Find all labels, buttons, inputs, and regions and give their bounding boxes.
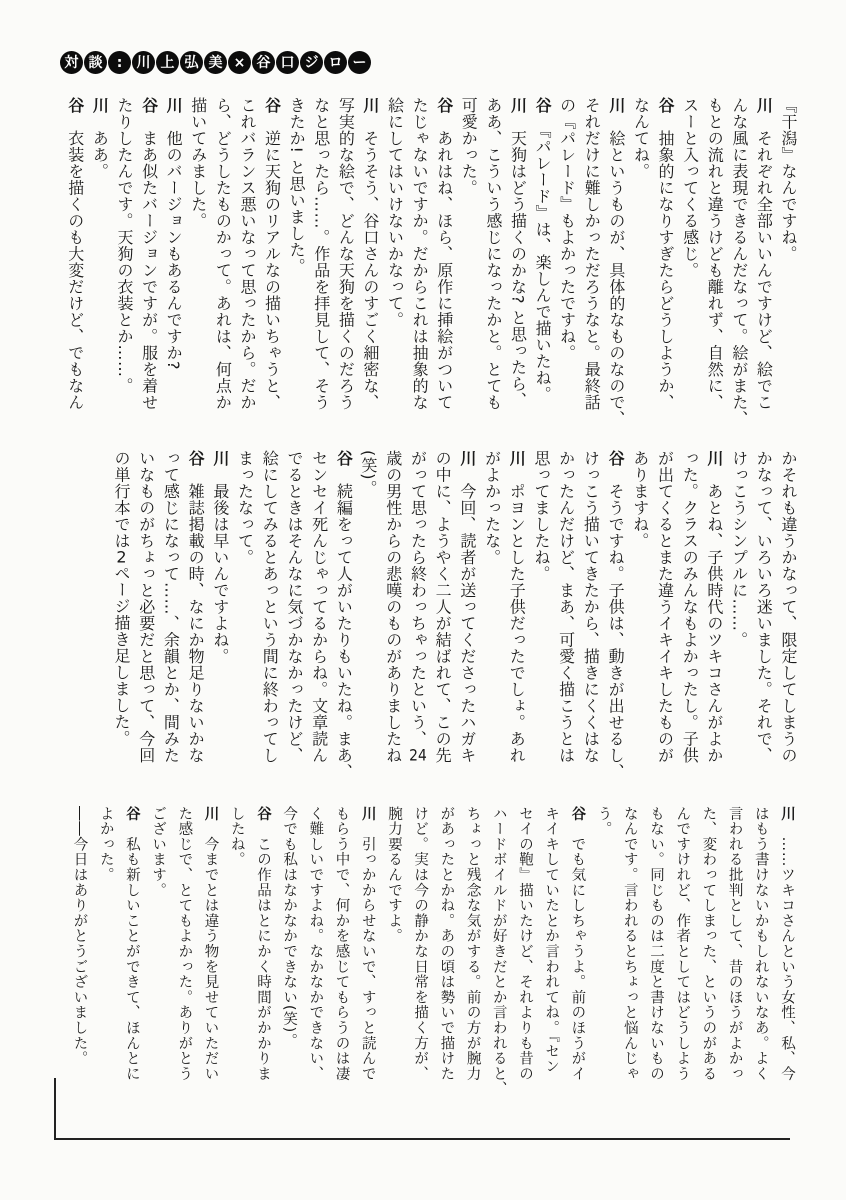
text-column: 川 それぞれ全部いいんですけど、絵でこ (751, 97, 776, 439)
title-char: 美 (204, 51, 227, 74)
speaker-label: 川 (90, 97, 109, 114)
text-column: 腕力要るんですよ。 (381, 806, 407, 1098)
text-column: それだけに難しかっただろうなと。最終話 (579, 97, 604, 439)
speaker-label: 川 (705, 450, 724, 467)
title-char: 弘 (180, 51, 203, 74)
text-column: った。クラスのみんなもよかったし。子供 (676, 450, 701, 790)
text-column: 絵にしてはいけないかなって。 (382, 97, 407, 439)
text-column: があったとかね。あの頃は勢いで描けた (433, 806, 459, 1098)
text-column: キイキしていたとか言われてね。『セン (538, 806, 564, 1098)
text-column: 川 ああ。 (87, 97, 112, 439)
text-column: かったんだけど、まあ、可愛く描こうとは (553, 450, 578, 790)
text-column: 谷 逆に天狗のリアルなの描いちゃうと、 (259, 97, 284, 439)
title-char: : (108, 51, 131, 74)
title-char: 談 (84, 51, 107, 74)
title-char: 川 (132, 51, 155, 74)
title-char: 口 (276, 51, 299, 74)
text-column: 川 引っかからせないで、すっと読んで (355, 806, 381, 1098)
text-column: けっこう描いてきたから、描きにくくはな (578, 450, 603, 790)
text-column: 谷 衣装を描くのも大変だけど、でもなん (62, 97, 87, 439)
text-column: ありますね。 (627, 450, 652, 790)
speaker-label: 谷 (124, 806, 140, 821)
page-title: 対談:川上弘美×谷口ジロー (60, 51, 371, 74)
text-column: よかった。 (93, 806, 119, 1098)
text-column: がって思ったら終わっちゃったという、24 (405, 450, 430, 790)
speaker-label: 谷 (186, 450, 205, 467)
speaker-label: 川 (211, 450, 230, 467)
text-column: 谷 そうですね。子供は、動きが出せるし、 (602, 450, 627, 790)
text-column: セイの鞄』描いたけど、それよりも昔の (512, 806, 538, 1098)
title-char: × (228, 51, 251, 74)
text-column: 谷 私も新しいことができて、ほんとに (119, 806, 145, 1098)
text-column: まったなって。 (232, 450, 257, 790)
text-column: の『パレード』もよかったですね。 (554, 97, 579, 439)
text-column: の単行本では2ページ描き足しました。 (108, 450, 133, 790)
speaker-label: 谷 (263, 97, 282, 114)
text-column: 川 今回、読者が送ってくださったハガキ (454, 450, 479, 790)
speaker-label: 谷 (606, 450, 625, 467)
dialogue-band-2: かそれも違うかなって、限定してしまうのかなって、いろいろ迷いました。それで、けっ… (108, 450, 800, 790)
text-column: 川 天狗はどう描くのかな? と思ったら、 (505, 97, 530, 439)
text-column: 川 ポヨンとした子供だったでしょ。あれ (504, 450, 529, 790)
speaker-label: 川 (164, 97, 183, 114)
text-column: ハードボイルドが好きだとか言われると、 (486, 806, 512, 1098)
text-column: ら、どうしたものかって。あれは、何点か (210, 97, 235, 439)
speaker-label: 谷 (255, 806, 271, 821)
text-column: もらう中で、何かを感じてもらうのは凄 (328, 806, 354, 1098)
text-column: なと思ったら……。作品を拝見して、そう (308, 97, 333, 439)
speaker-label: 谷 (656, 97, 675, 114)
text-column: 写実的な絵で、どんな天狗を描くのだろう (333, 97, 358, 439)
text-column: 川 あとね、子供時代のツキコさんがよか (701, 450, 726, 790)
text-column: く難しいですよね。なかなかできない、 (302, 806, 328, 1098)
corner-rule-horizontal (54, 1138, 790, 1140)
text-column: う。 (590, 806, 616, 1098)
speaker-label: 川 (754, 97, 773, 114)
text-column: 谷 続編をって人がいたりもいたね。まあ、 (331, 450, 356, 790)
speaker-label: 谷 (66, 97, 85, 114)
text-column: 川 他のバージョンもあるんですか? (161, 97, 186, 439)
speaker-label: 川 (507, 450, 526, 467)
text-column: 川 今までとは違う物を見せていただい (197, 806, 223, 1098)
speaker-label: 川 (360, 806, 376, 821)
text-column: けど。実は今の静かな日常を描く方が、 (407, 806, 433, 1098)
text-column: たりしたんです。天狗の衣装とか……。 (111, 97, 136, 439)
dialogue-band-1: 『干潟』なんですね。川 それぞれ全部いいんですけど、絵でこんな風に表現できるんだ… (62, 97, 800, 439)
text-column: って感じになって……、余韻とか、間みた (158, 450, 183, 790)
text-column: これバランス悪いなって思ったから。だか (234, 97, 259, 439)
text-column: んですけれど、作者としてはどうしよう (669, 806, 695, 1098)
text-column: たじゃないですか。だからこれは抽象的な (407, 97, 432, 439)
title-char: 谷 (252, 51, 275, 74)
text-column: 谷 雑誌掲載の時、なにか物足りないかな (182, 450, 207, 790)
text-column: けっこうシンプルに……。 (726, 450, 751, 790)
text-column: ああ、こういう感じになったかと。とても (480, 97, 505, 439)
speaker-label: 谷 (533, 97, 552, 114)
text-column: したね。 (224, 806, 250, 1098)
speaker-label: 谷 (435, 97, 454, 114)
text-column: 思ってましたね。 (528, 450, 553, 790)
speaker-label: 谷 (334, 450, 353, 467)
text-column: かそれも違うかなって、限定してしまうの (775, 450, 800, 790)
text-column: 『干潟』なんですね。 (775, 97, 800, 439)
text-column: きたか! と思いました。 (284, 97, 309, 439)
text-column: 川 ……ツキコさんという女性、私、今 (774, 806, 800, 1098)
title-char: 上 (156, 51, 179, 74)
speaker-label: 谷 (569, 806, 585, 821)
text-column: んな風に表現できるんだなって。絵がまた、 (726, 97, 751, 439)
text-column: 絵にしてみるとあっという間に終わってし (257, 450, 282, 790)
text-column: かなって、いろいろ迷いました。それで、 (751, 450, 776, 790)
text-column: なんてね。 (628, 97, 653, 439)
title-char: ー (348, 51, 371, 74)
document-page: 対談:川上弘美×谷口ジロー 『干潟』なんですね。川 それぞれ全部いいんですけど、… (0, 0, 846, 1200)
text-column: 描いてみました。 (185, 97, 210, 439)
text-column: 川 そうそう、谷口さんのすごく細密な、 (357, 97, 382, 439)
text-column: 言われる批判として、昔のほうがよかっ (721, 806, 747, 1098)
text-column: ございます。 (145, 806, 171, 1098)
speaker-label: 川 (203, 806, 219, 821)
text-column: 可愛かった。 (456, 97, 481, 439)
text-column: いなものがちょっと必要だと思って、今回 (133, 450, 158, 790)
speaker-label: 谷 (140, 97, 159, 114)
text-column: ちょっと残念な気がする。前の方が腕力 (459, 806, 485, 1098)
text-column: の中に、ようやく二人が結ばれて、この先 (429, 450, 454, 790)
text-column: た、変わってしまった、というのがある (695, 806, 721, 1098)
text-column: 川 絵というものが、具体的なものなので、 (603, 97, 628, 439)
text-column: センセイ死んじゃってるからね。文章読ん (306, 450, 331, 790)
speaker-label: 川 (361, 97, 380, 114)
speaker-label: 川 (607, 97, 626, 114)
text-column: 川 最後は早いんですよね。 (207, 450, 232, 790)
text-column: (笑)。 (355, 450, 380, 790)
speaker-label: 川 (508, 97, 527, 114)
text-column: 谷 この作品はとにかく時間がかかりま (250, 806, 276, 1098)
text-column: 今でも私はなかなかできない(笑)。 (276, 806, 302, 1098)
text-column: 谷 まあ似たバージョンですが。服を着せ (136, 97, 161, 439)
text-column: がよかったな。 (479, 450, 504, 790)
text-column: ――今日はありがとうございました。 (66, 806, 92, 1098)
text-column: 谷 『パレード』は、楽しんで描いたね。 (529, 97, 554, 439)
speaker-label: 川 (779, 806, 795, 821)
text-column: た感じで、とてもよかった。ありがとう (171, 806, 197, 1098)
title-char: ジ (300, 51, 323, 74)
text-column: スーと入ってくる感じ。 (677, 97, 702, 439)
text-column: が出てくるとまた違うイキイキしたものが (652, 450, 677, 790)
text-column: 歳の男性からの悲嘆のものがありましたね (380, 450, 405, 790)
text-column: 谷 でも気にしちゃうよ。前のほうがイ (564, 806, 590, 1098)
title-char: ロ (324, 51, 347, 74)
corner-rule-vertical (54, 1078, 56, 1140)
text-column: もとの流れと違うけども離れず、自然に、 (702, 97, 727, 439)
text-column: なんです。言われるとちょっと悩んじゃ (617, 806, 643, 1098)
dialogue-band-3: 川 ……ツキコさんという女性、私、今はもう書けないかもしれないなあ。よく言われる… (66, 806, 800, 1098)
text-column: 谷 抽象的になりすぎたらどうしようか、 (652, 97, 677, 439)
text-column: もない。同じものは二度と書けないもの (643, 806, 669, 1098)
title-char: 対 (60, 51, 83, 74)
speaker-label: 川 (458, 450, 477, 467)
text-column: でるときはそんなに気づかなかったけど、 (281, 450, 306, 790)
text-column: 谷 あれはね、ほら、原作に挿絵がついて (431, 97, 456, 439)
text-column: はもう書けないかもしれないなあ。よく (748, 806, 774, 1098)
